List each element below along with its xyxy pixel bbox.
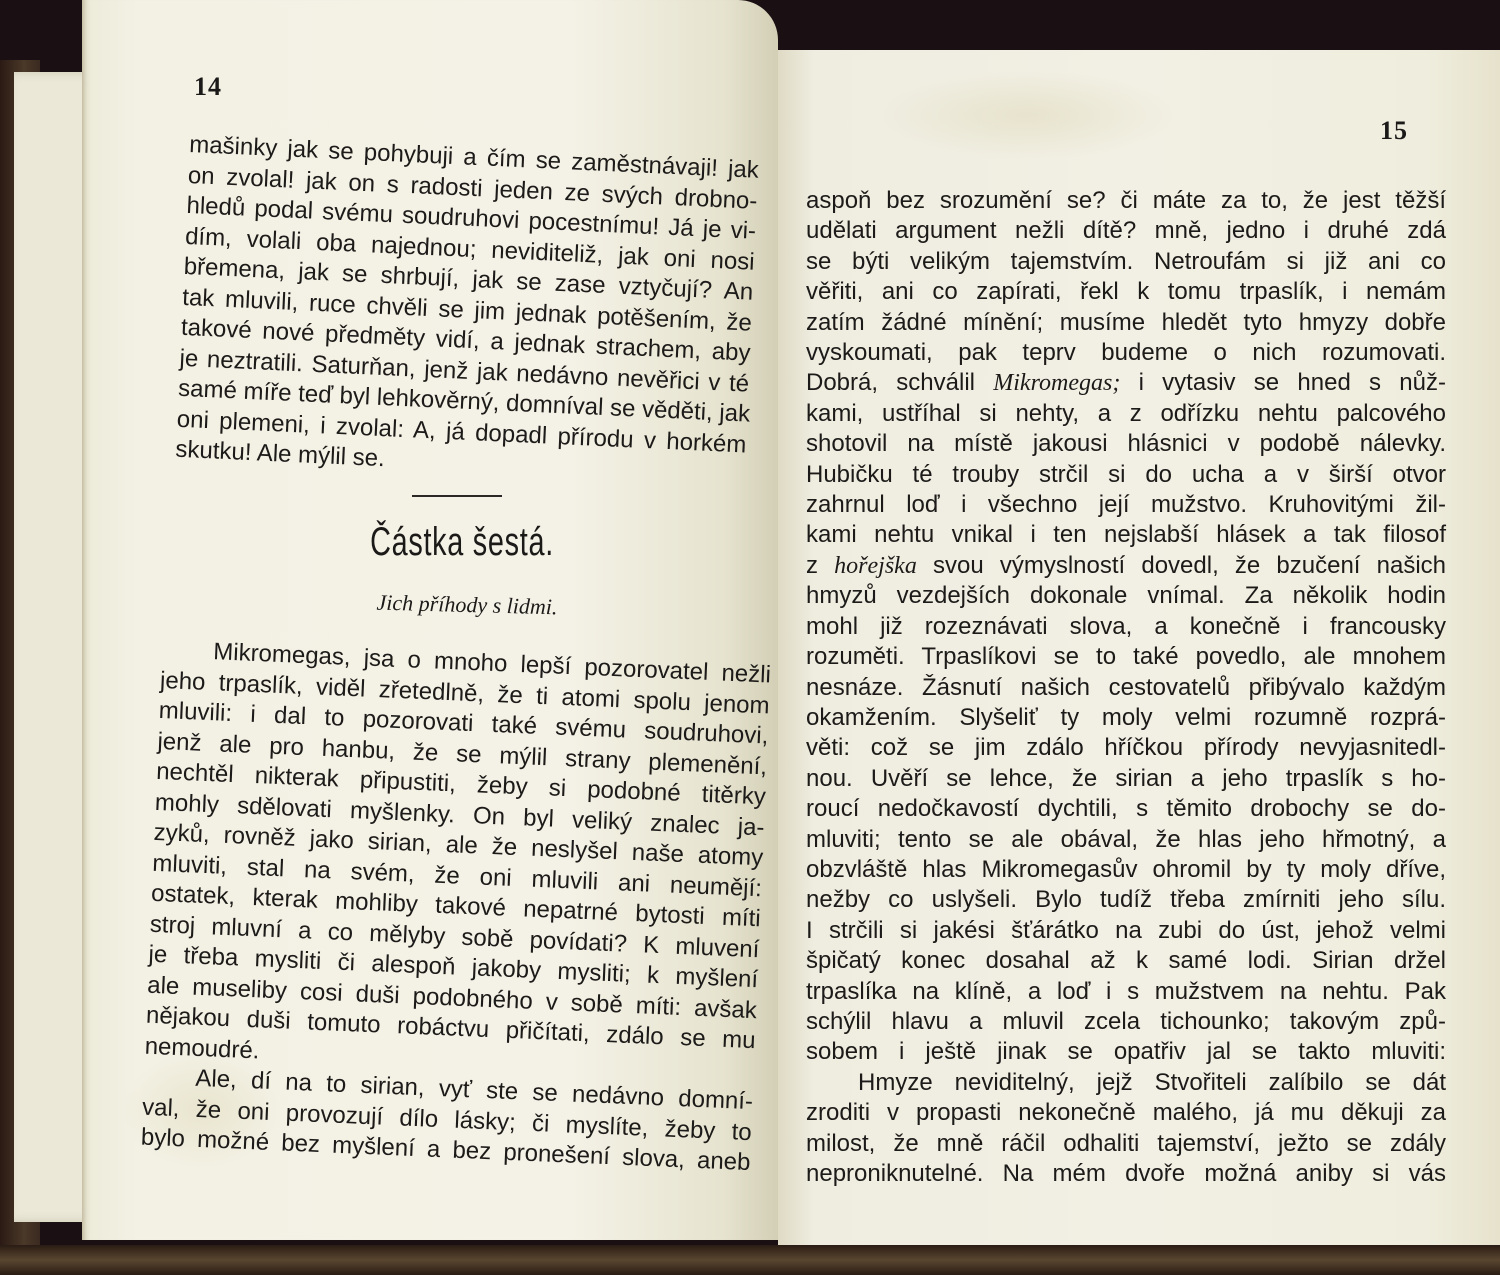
text-line: Dobrá, schválil Mikromegas; i vytasiv se… [806,368,1446,398]
text-line: zahrnul loď i všechno její mužstvo. Kruh… [806,490,1446,520]
book-cover-bottom [0,1245,1500,1275]
chapter-subtitle: Jich příhody s lidmi. [302,588,633,623]
left-page-chapter-text: Mikromegas, jsa o mnoho lepší pozorovate… [140,635,771,1179]
text-line: mohl již rozeznávati slova, a konečně i … [806,612,1446,642]
text-line: mluviti; tento se ale obával, že hlas je… [806,825,1446,855]
italic-text: hořejška [834,553,917,579]
text-line: shotovil na místě jakousi hlásnici v pod… [806,429,1446,459]
left-page-continued-text: mašinky jak se pohybuji a čím se zaměstn… [175,130,760,491]
italic-text: Mikromegas; [993,370,1120,396]
text-line: kami, ustříhal si nehty, a z odřízku neh… [806,399,1446,429]
text-line: nežby co uslyšeli. Bylo tudíž třeba zmír… [806,885,1446,915]
text-line: z hořejška svou výmyslností dovedl, že b… [806,551,1446,581]
text-line: milost, že mně ráčil odhaliti tajemství,… [806,1129,1446,1159]
text-line: udělati argument nežli dítě? mně, jedno … [806,216,1446,246]
page-number-left: 14 [194,72,222,102]
paragraph-hmyze-nevidetelny: Hmyze neviditelný, jejž Stvořiteli zalíb… [806,1068,1446,1190]
paper-stain [878,70,1178,160]
text-line: zroditi v propasti nekonečně malého, já … [806,1098,1446,1128]
chapter-title: Částka šestá. [332,520,591,565]
text-line: obzvláště hlas Mikromegasův ohromil by t… [806,855,1446,885]
text-line: rozuměti. Trpaslíkovi se to také povedlo… [806,642,1446,672]
text-line: kami nehtu vnikal i ten nejslabší hlásek… [806,520,1446,550]
text-line: trpaslíka na klíně, a loď i s mužstvem n… [806,977,1446,1007]
text-line: špičatý konec dosahal až k samé lodi. Si… [806,946,1446,976]
paragraph-mikromegas: Mikromegas, jsa o mnoho lepší pozorovate… [144,635,771,1087]
text-line: nou. Uvěří se lehce, že sirian a jeho tr… [806,764,1446,794]
text-line: sobem i ještě jinak se opatřiv jal se ta… [806,1037,1446,1067]
text-line: věti: což se jim zdálo hříčkou přírody n… [806,733,1446,763]
right-page: 15 aspoň bez srozumění se? či máte za to… [778,50,1500,1245]
text-line: zatím žádné mínění; musíme hledět tyto h… [806,308,1446,338]
page-number-right: 15 [1380,116,1408,146]
text-line: věřiti, ani co zapírati, řekl k tomu trp… [806,277,1446,307]
text-line: nesnáze. Žásnutí našich cestovatelů přib… [806,673,1446,703]
text-line: I strčili si jakési šťárátko na zubi do … [806,916,1446,946]
section-divider [412,495,502,497]
text-line: vyskoumati, pak teprv budeme o nich rozu… [806,338,1446,368]
text-line: schýlil hlavu a mluvil zcela tichounko; … [806,1007,1446,1037]
text-line: okamžením. Slyšeliť ty moly velmi rozumn… [806,703,1446,733]
text-line: aspoň bez srozumění se? či máte za to, ž… [806,186,1446,216]
text-line: se býti velikým tajemstvím. Netroufám si… [806,247,1446,277]
text-line: roucí nedočkavostí dychtili, s těmito dr… [806,794,1446,824]
text-line: Hubičku té trouby strčil si do ucha a v … [806,460,1446,490]
paragraph-trpaslik-reply: aspoň bez srozumění se? či máte za to, ž… [806,186,1446,1068]
text-line: hmyzů vezdejších dokonale vnímal. Za něk… [806,581,1446,611]
left-page: 14 mašinky jak se pohybuji a čím se zamě… [82,0,778,1240]
text-line: neproniknutelné. Na mém dvoře možná anib… [806,1159,1446,1189]
right-page-text: aspoň bez srozumění se? či máte za to, ž… [806,186,1446,1189]
text-line: Hmyze neviditelný, jejž Stvořiteli zalíb… [806,1068,1446,1098]
